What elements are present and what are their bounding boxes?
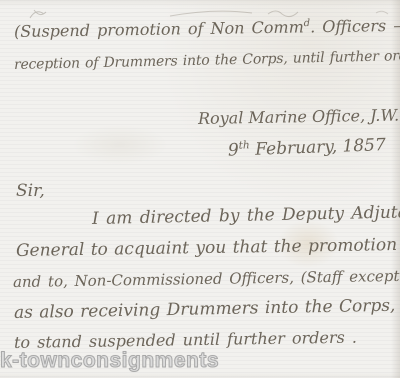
body-line-3: and to, Non-Commissioned Officers, (Staf… [13, 267, 400, 291]
annotation-line-1-post: . Officers — and [310, 15, 400, 36]
letter-page: (Suspend promotion of Non Commd. Officer… [0, 0, 400, 378]
date-day: 9 [228, 140, 240, 160]
date-rest: February, 1857 [249, 135, 386, 160]
body-line-2: General to acquaint you that the promoti… [16, 235, 400, 261]
body-line-4: as also receiving Drummers into the Corp… [14, 295, 400, 323]
annotation-line-1-pre: (Suspend promotion of Non Comm [14, 17, 304, 41]
annotation-line-2: reception of Drummers into the Corps, un… [14, 47, 400, 73]
dateline-office: Royal Marine Office, J.W. [198, 105, 399, 128]
annotation-line-1: (Suspend promotion of Non Commd. Officer… [14, 15, 400, 41]
seller-watermark: k-townconsignments [0, 349, 219, 373]
body-line-1: I am directed by the Deputy Adjutant [92, 202, 400, 229]
paper-sheen [60, 120, 180, 170]
dateline-date: 9th February, 1857 [228, 134, 386, 160]
superscript-th: th [238, 139, 249, 151]
salutation: Sir, [16, 181, 45, 201]
body-line-2-text: General to acquaint you that the promoti… [16, 235, 400, 261]
